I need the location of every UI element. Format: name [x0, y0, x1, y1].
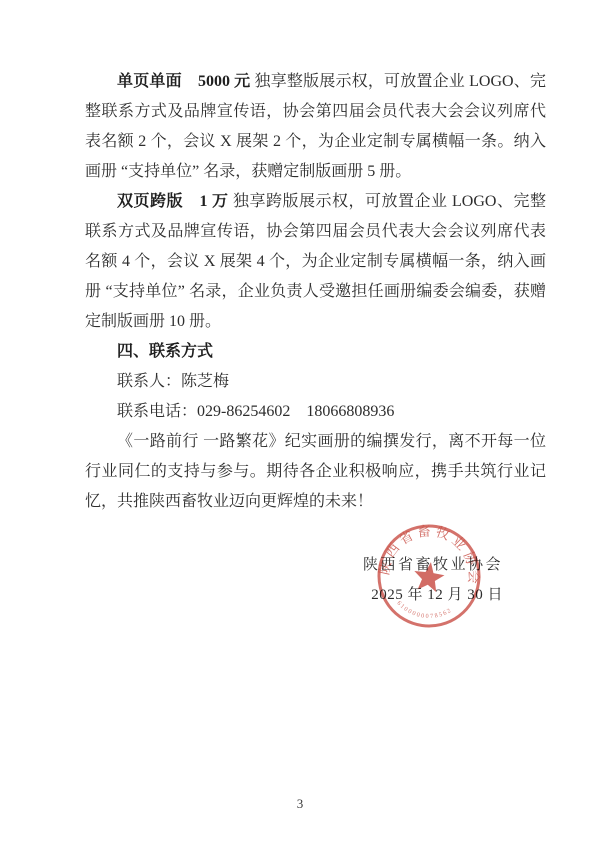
- contact-person-name: 陈芝梅: [181, 373, 229, 390]
- paragraph-single-page-pricing: 单页单面 5000 元 独享整版展示权，可放置企业 LOGO、完整联系方式及品牌…: [85, 67, 546, 187]
- signature-date: 2025 年 12 月 30 日: [363, 580, 503, 610]
- pricing-single-lead: 单页单面 5000 元: [117, 73, 250, 90]
- contact-phone-numbers: 029-86254602 18066808936: [197, 403, 394, 420]
- section-heading-contact: 四、联系方式: [85, 337, 546, 367]
- page-number: 3: [0, 795, 600, 813]
- contact-phone-line: 联系电话：029-86254602 18066808936: [85, 397, 546, 427]
- contact-phone-label: 联系电话：: [117, 403, 197, 420]
- document-page: 单页单面 5000 元 独享整版展示权，可放置企业 LOGO、完整联系方式及品牌…: [0, 0, 600, 848]
- pricing-double-body: 独享跨版展示权，可放置企业 LOGO、完整联系方式及品牌宣传语，协会第四届会员代…: [85, 193, 546, 330]
- contact-person-line: 联系人：陈芝梅: [85, 367, 546, 397]
- signature-block: 陕西省畜牧业协会 2025 年 12 月 30 日: [363, 550, 503, 610]
- pricing-double-lead: 双页跨版 1 万: [117, 193, 229, 210]
- signature-org: 陕西省畜牧业协会: [363, 550, 503, 580]
- closing-paragraph: 《一路前行 一路繁花》纪实画册的编撰发行，离不开每一位行业同仁的支持与参与。期待…: [85, 427, 546, 517]
- contact-person-label: 联系人：: [117, 373, 181, 390]
- paragraph-double-page-pricing: 双页跨版 1 万 独享跨版展示权，可放置企业 LOGO、完整联系方式及品牌宣传语…: [85, 187, 546, 337]
- document-body: 单页单面 5000 元 独享整版展示权，可放置企业 LOGO、完整联系方式及品牌…: [85, 67, 546, 517]
